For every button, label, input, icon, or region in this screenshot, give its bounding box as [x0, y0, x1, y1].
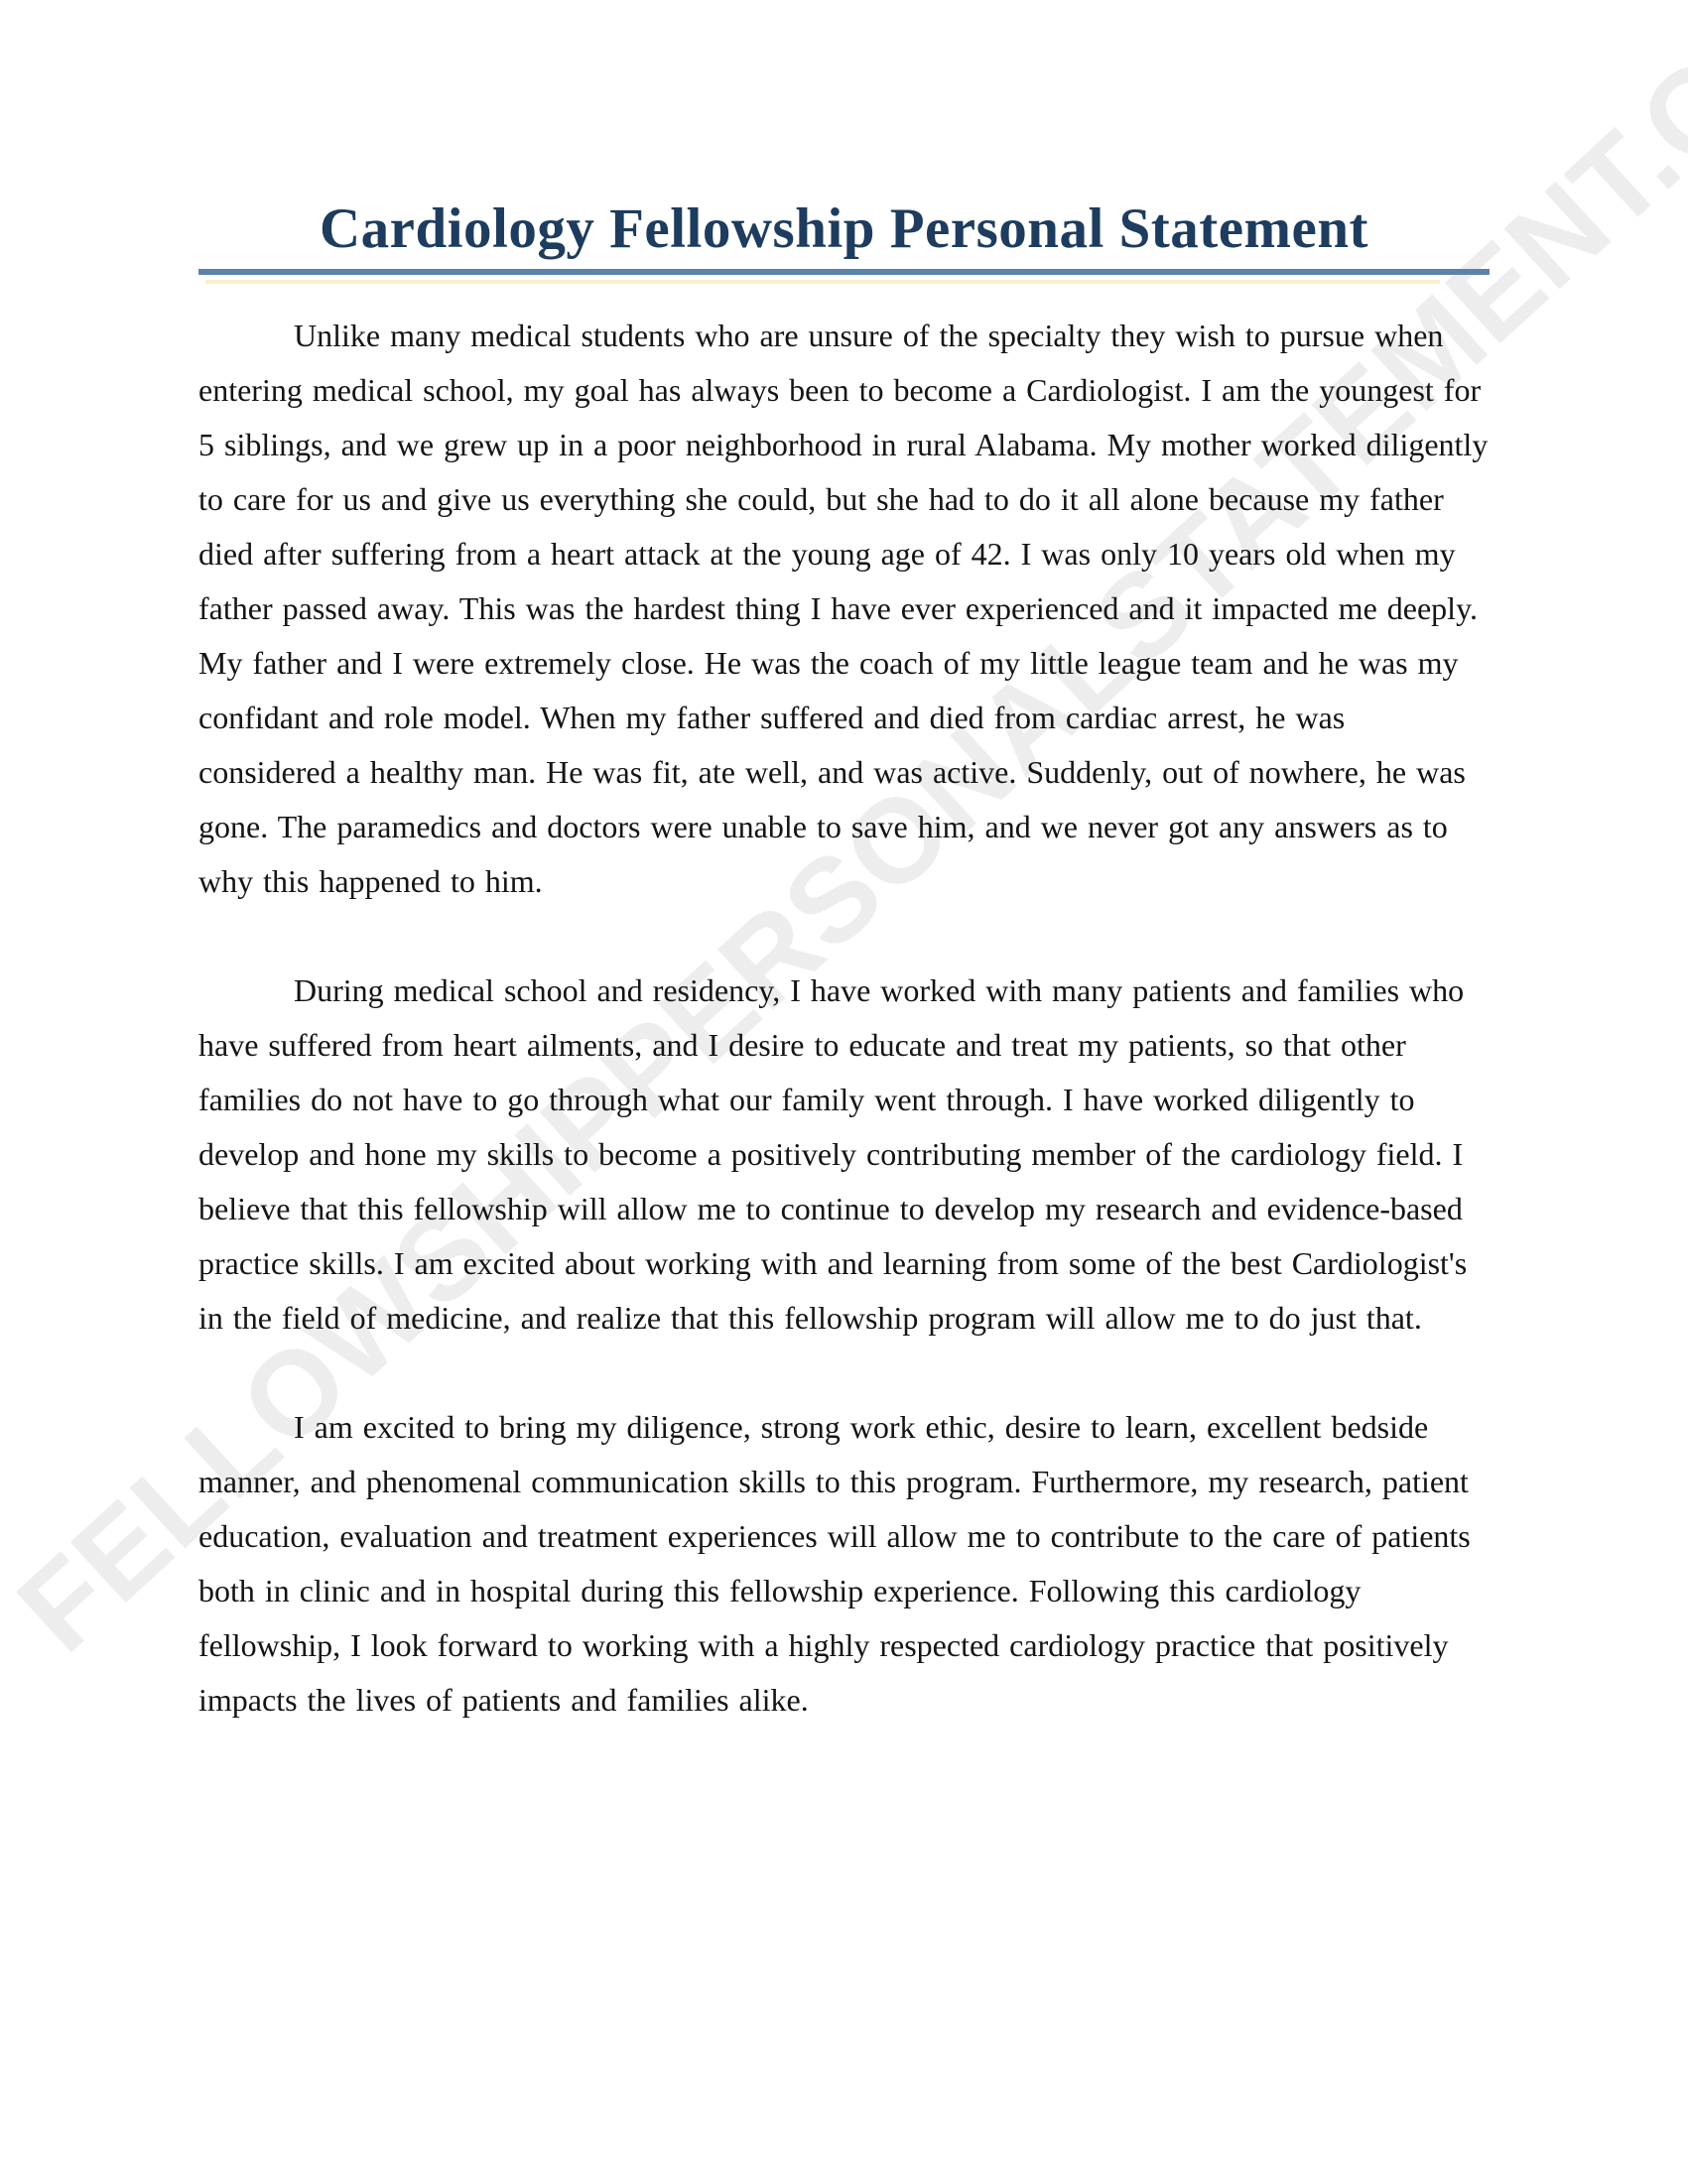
- essay-body: Unlike many medical students who are uns…: [198, 309, 1490, 1782]
- document-content-layer: Cardiology Fellowship Personal Statement…: [0, 0, 1688, 2184]
- title-underline-accent: [205, 280, 1440, 284]
- essay-paragraph: During medical school and residency, I h…: [198, 964, 1490, 1346]
- essay-paragraph: I am excited to bring my diligence, stro…: [198, 1400, 1490, 1728]
- page-title: Cardiology Fellowship Personal Statement: [0, 194, 1688, 264]
- document-page: FELLOWSHIPPERSONALSTATEMENT.COM Cardiolo…: [0, 0, 1688, 2184]
- title-underline-rule: [198, 269, 1490, 275]
- essay-paragraph: Unlike many medical students who are uns…: [198, 309, 1490, 909]
